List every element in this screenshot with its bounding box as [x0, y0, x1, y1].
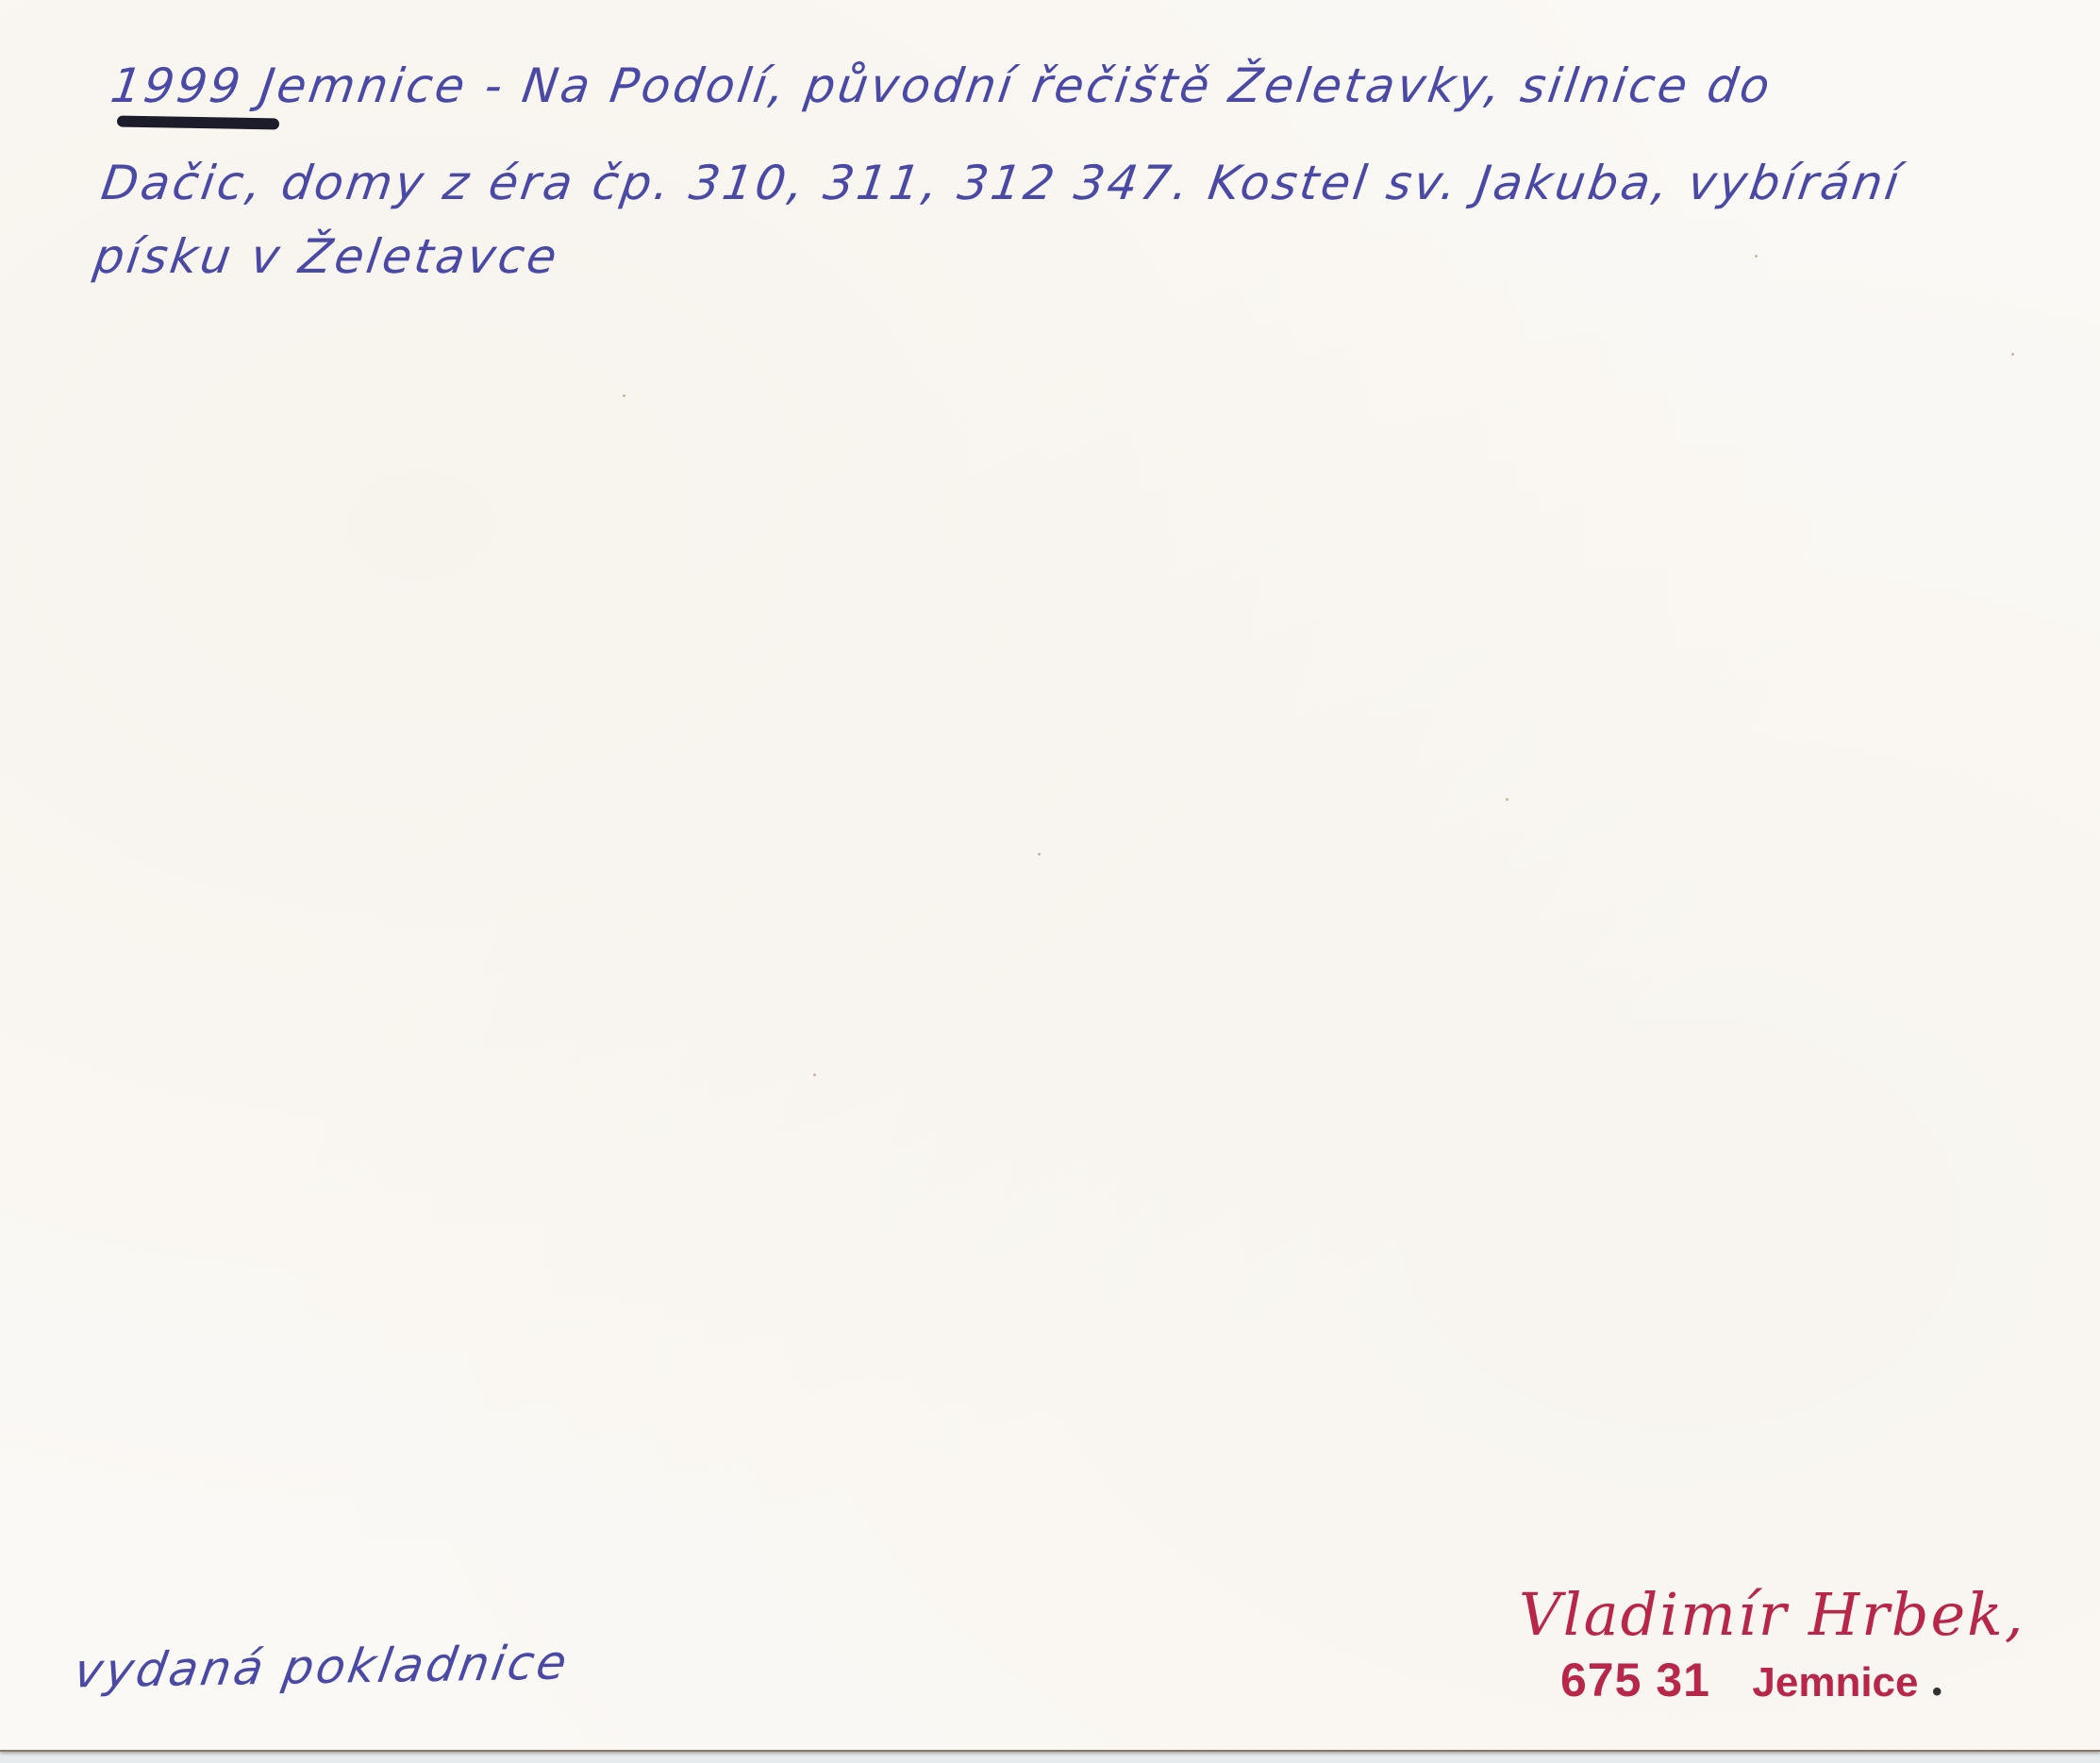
- stamp-name: Vladimír Hrbek,: [1519, 1580, 2025, 1649]
- stamp-dot: •: [1932, 1676, 1942, 1707]
- caption-line-3: písku v Želetavce: [91, 229, 563, 284]
- photographer-stamp: Vladimír Hrbek, 675 31 Jemnice •: [1519, 1580, 2025, 1708]
- paper-card: 1999 Jemnice - Na Podolí, původní řečišt…: [0, 0, 2100, 1752]
- stamp-address: 675 31 Jemnice •: [1560, 1653, 2025, 1708]
- paper-speck: [1755, 255, 1758, 258]
- paper-speck: [2011, 353, 2014, 356]
- caption-line-1: 1999 Jemnice - Na Podolí, původní řečišt…: [108, 58, 1775, 113]
- stamp-city: Jemnice: [1752, 1659, 1918, 1705]
- paper-speck: [1038, 853, 1041, 856]
- paper-speck: [813, 1073, 816, 1076]
- bottom-note: vydaná pokladnice: [71, 1635, 574, 1698]
- year-underline: [117, 116, 279, 130]
- paper-speck: [1506, 798, 1508, 801]
- caption-line-1-text: Jemnice - Na Podolí, původní řečiště Žel…: [257, 58, 1775, 113]
- stamp-postal-code: 675 31: [1560, 1654, 1710, 1706]
- caption-line-2: Dačic, domy z éra čp. 310, 311, 312 347.…: [98, 156, 1905, 210]
- caption-year: 1999: [108, 58, 246, 113]
- paper-speck: [623, 394, 625, 397]
